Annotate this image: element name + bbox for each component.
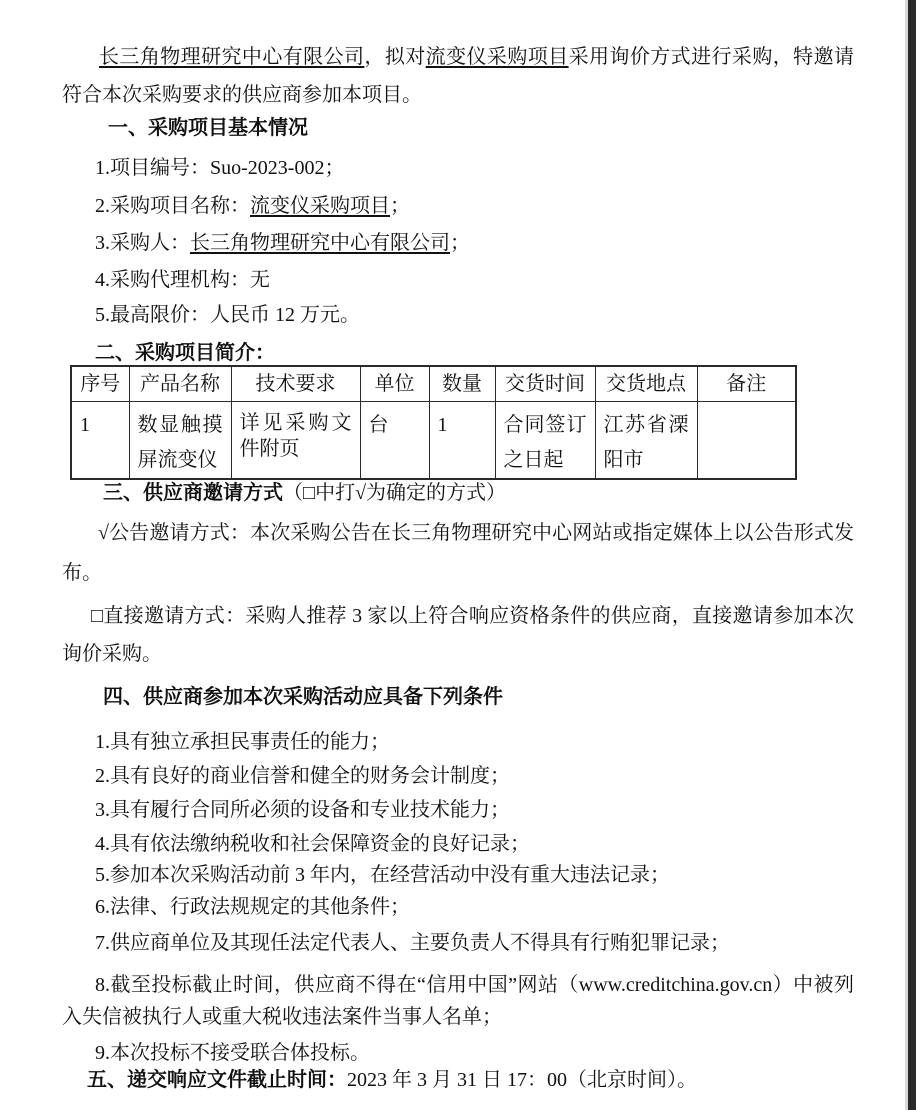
price-limit-item: 5.最高限价：人民币 12 万元。 xyxy=(62,300,854,330)
deadline-value: 2023 年 3 月 31 日 17：00（北京时间）。 xyxy=(347,1069,697,1091)
table-data-row: 1 数显触摸屏流变仪 详见采购文件附页 台 1 合同签订之日起 江苏省溧阳市 xyxy=(71,402,796,480)
condition-item-8: 8.截至投标截止时间，供应商不得在“信用中国”网站（www.creditchin… xyxy=(62,969,854,1033)
project-name-label: 2.采购项目名称： xyxy=(95,195,250,217)
buyer-name: 长三角物理研究中心有限公司 xyxy=(99,46,364,68)
col-header-tech: 技术要求 xyxy=(231,366,360,402)
deadline-label: 五、递交响应文件截止时间： xyxy=(87,1069,347,1091)
cell-unit: 台 xyxy=(360,402,429,480)
invite-option-direct: □直接邀请方式：采购人推荐 3 家以上符合响应资格条件的供应商，直接邀请参加本次… xyxy=(62,597,854,673)
purchaser-value: 长三角物理研究中心有限公司 xyxy=(190,232,450,254)
project-name-value: 流变仪采购项目 xyxy=(250,195,390,217)
condition-item-3: 3.具有履行合同所必须的设备和专业技术能力； xyxy=(62,795,854,825)
col-header-delivery-place: 交货地点 xyxy=(595,366,697,402)
section3-heading-bold: 三、供应商邀请方式 xyxy=(103,482,283,504)
section2-heading: 二、采购项目简介： xyxy=(62,338,854,368)
condition-item-5: 5.参加本次采购活动前 3 年内，在经营活动中没有重大违法记录； xyxy=(62,860,854,890)
section3-heading-note: （□中打√为确定的方式） xyxy=(283,482,506,504)
cell-remark xyxy=(697,402,796,480)
project-name: 流变仪采购项目 xyxy=(426,46,569,68)
purchaser-tail: ； xyxy=(450,232,470,254)
agency-item: 4.采购代理机构：无 xyxy=(62,265,854,295)
project-name-item: 2.采购项目名称：流变仪采购项目； xyxy=(62,191,854,221)
cell-delivery-time: 合同签订之日起 xyxy=(495,402,595,480)
section1-heading: 一、采购项目基本情况 xyxy=(62,113,854,143)
col-header-delivery-time: 交货时间 xyxy=(495,366,595,402)
condition-item-7: 7.供应商单位及其现任法定代表人、主要负责人不得具有行贿犯罪记录； xyxy=(62,928,854,958)
page-edge-dark-strip xyxy=(908,0,916,1110)
invite-option-announcement: √公告邀请方式：本次采购公告在长三角物理研究中心网站或指定媒体上以公告形式发布。 xyxy=(62,513,854,593)
purchaser-label: 3.采购人： xyxy=(95,232,190,254)
cell-product: 数显触摸屏流变仪 xyxy=(129,402,231,480)
condition-item-4: 4.具有依法缴纳税收和社会保障资金的良好记录； xyxy=(62,829,854,859)
condition-item-1: 1.具有独立承担民事责任的能力； xyxy=(62,727,854,757)
cell-delivery-place: 江苏省溧阳市 xyxy=(595,402,697,480)
project-number-item: 1.项目编号：Suo-2023-002； xyxy=(62,153,854,183)
procurement-table: 序号 产品名称 技术要求 单位 数量 交货时间 交货地点 备注 1 数显触摸屏流… xyxy=(70,365,797,480)
col-header-product: 产品名称 xyxy=(129,366,231,402)
table-header-row: 序号 产品名称 技术要求 单位 数量 交货时间 交货地点 备注 xyxy=(71,366,796,402)
col-header-unit: 单位 xyxy=(360,366,429,402)
cell-index: 1 xyxy=(71,402,129,480)
purchaser-item: 3.采购人：长三角物理研究中心有限公司； xyxy=(62,228,854,258)
section5-heading: 五、递交响应文件截止时间：2023 年 3 月 31 日 17：00（北京时间）… xyxy=(62,1065,854,1095)
cell-qty: 1 xyxy=(429,402,495,480)
col-header-index: 序号 xyxy=(71,366,129,402)
col-header-remark: 备注 xyxy=(697,366,796,402)
project-name-tail: ； xyxy=(390,195,410,217)
intro-paragraph: 长三角物理研究中心有限公司，拟对流变仪采购项目采用询价方式进行采购，特邀请符合本… xyxy=(62,38,854,114)
section3-heading: 三、供应商邀请方式（□中打√为确定的方式） xyxy=(62,478,854,508)
intro-text-mid: ，拟对 xyxy=(364,46,425,68)
condition-item-2: 2.具有良好的商业信誉和健全的财务会计制度； xyxy=(62,761,854,791)
condition-item-6: 6.法律、行政法规规定的其他条件； xyxy=(62,892,854,922)
col-header-qty: 数量 xyxy=(429,366,495,402)
section4-heading: 四、供应商参加本次采购活动应具备下列条件 xyxy=(62,682,854,712)
condition-item-9: 9.本次投标不接受联合体投标。 xyxy=(62,1038,854,1068)
cell-tech: 详见采购文件附页 xyxy=(231,402,360,480)
document-page: 长三角物理研究中心有限公司，拟对流变仪采购项目采用询价方式进行采购，特邀请符合本… xyxy=(0,0,916,1110)
